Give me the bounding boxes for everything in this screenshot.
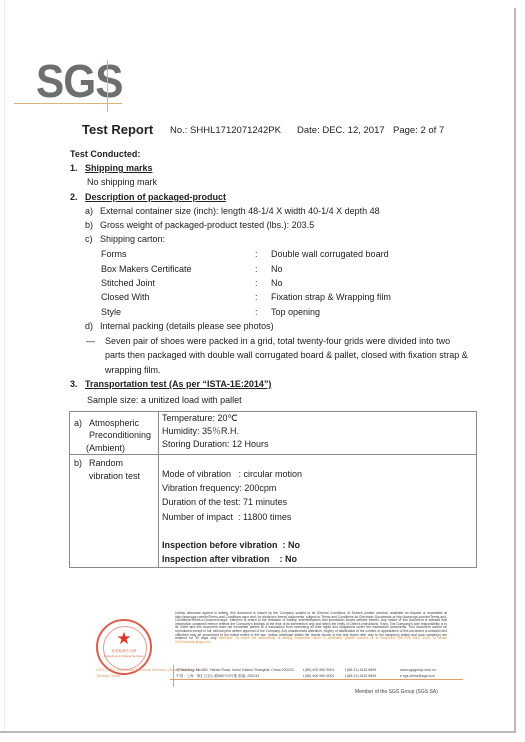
page-number: Page: 2 of 7: [393, 125, 444, 136]
packing-note-line-1: Seven pair of shoes were packed in a gri…: [105, 336, 450, 346]
inspection-before-text: Inspection before vibration : No: [162, 540, 300, 550]
table-row-divider: [70, 454, 476, 455]
fax-2: f (86-21) 6115 6899: [345, 674, 376, 678]
row-a-name-line-1: Atmospheric: [89, 418, 139, 428]
item-d-label: d): [85, 321, 93, 331]
row-b-label: b): [74, 458, 82, 468]
report-number: No.: SHHL1712071242PK: [170, 125, 281, 136]
test-conducted-heading: Test Conducted:: [70, 149, 140, 159]
page-edge-bottom: [0, 731, 516, 733]
telephone-2: t (86) 400 960 9001: [303, 674, 334, 678]
carton-key-style: Style: [101, 307, 121, 317]
gross-weight-text: Gross weight of packaged-product tested …: [100, 220, 314, 230]
section-3-title: Transportation test (As per “ISTA-1E:201…: [85, 379, 271, 389]
packing-note-line-2: parts then packaged with double wall cor…: [105, 350, 468, 360]
star-icon: ★: [98, 630, 150, 647]
item-a-label: a): [85, 206, 93, 216]
sample-size-text: Sample size: a unitized load with pallet: [87, 395, 242, 405]
fax-1: f (86-21) 6115 6899: [345, 668, 376, 672]
email-link[interactable]: e sgs.china@sgs.com: [400, 674, 435, 678]
telephone-1: t (86) 400 960 9001: [303, 668, 334, 672]
section-1-number: 1.: [70, 163, 78, 173]
sgs-logo: SGS: [36, 58, 123, 104]
section-1-title: Shipping marks: [85, 163, 153, 173]
website-link[interactable]: www.sgsgroup.com.cn: [400, 668, 436, 672]
sgs-member-text: Member of the SGS Group (SGS SA): [355, 689, 438, 695]
shipping-carton-text: Shipping carton:: [100, 234, 165, 244]
page-edge-left: [4, 0, 5, 732]
row-a-name-line-2: Preconditioning: [89, 430, 151, 440]
page-edge-right: [514, 8, 516, 732]
stamp-caption-center: Testing Center: [96, 674, 120, 678]
section-2-title: Description of packaged-product: [85, 192, 226, 202]
carton-value-forms: Double wall corrugated board: [271, 249, 389, 259]
vibration-mode-text: Mode of vibration : circular motion: [162, 469, 302, 479]
test-duration-text: Duration of the test: 71 minutes: [162, 497, 287, 507]
note-dash: —: [86, 336, 95, 346]
inspection-after-text: Inspection after vibration : No: [162, 554, 297, 564]
carton-key-box-makers: Box Makers Certificate: [101, 264, 192, 274]
humidity-text: Humidity: 35％R.H.: [162, 424, 239, 437]
carton-key-stitched-joint: Stitched Joint: [101, 278, 155, 288]
footer-rule: [170, 679, 463, 680]
item-c-label: c): [85, 234, 93, 244]
section-2-number: 2.: [70, 192, 78, 202]
section-3-number: 3.: [70, 379, 78, 389]
shipping-mark-text: No shipping mark: [87, 177, 157, 187]
report-title: Test Report: [82, 122, 153, 137]
internal-packing-text: Internal packing (details please see pho…: [100, 321, 274, 331]
carton-value-box-makers: No: [271, 264, 283, 274]
carton-colon: :: [255, 307, 258, 317]
footer-rule-vertical: [173, 665, 174, 687]
temperature-text: Temperature: 20℃: [162, 413, 238, 424]
row-b-name-line-2: vibration test: [89, 471, 140, 481]
logo-rule-vertical: [107, 60, 108, 112]
storing-duration-text: Storing Duration: 12 Hours: [162, 439, 269, 449]
report-date: Date: DEC. 12, 2017: [297, 125, 385, 136]
carton-key-forms: Forms: [101, 249, 127, 259]
row-a-name-line-3: (Ambient): [86, 443, 125, 453]
carton-colon: :: [255, 249, 258, 259]
inspection-stamp: ★ 检验检测专用章 Inspection & Testing Services: [96, 619, 152, 675]
carton-colon: :: [255, 264, 258, 274]
logo-rule-horizontal: [14, 103, 122, 104]
impact-count-text: Number of impact : 11800 times: [162, 512, 291, 522]
table-column-divider: [158, 412, 159, 567]
carton-value-style: Top opening: [271, 307, 320, 317]
carton-key-closed-with: Closed With: [101, 292, 150, 302]
carton-value-stitched-joint: No: [271, 278, 283, 288]
carton-colon: :: [255, 292, 258, 302]
address-english: 4ᵗʰ Building, No.889, Yishan Road, Xuhui…: [176, 668, 294, 672]
legal-disclaimer: Unless otherwise agreed in writing, this…: [175, 612, 447, 644]
packing-note-line-3: wrapping film.: [105, 365, 161, 375]
container-size-text: External container size (inch): length 4…: [100, 206, 380, 216]
carton-value-closed-with: Fixation strap & Wrapping film: [271, 292, 391, 302]
vibration-frequency-text: Vibration frequency: 200cpm: [162, 483, 276, 493]
row-a-label: a): [74, 418, 82, 428]
carton-colon: :: [255, 278, 258, 288]
row-b-name-line-1: Random: [89, 458, 123, 468]
stamp-english-text: Inspection & Testing Services: [98, 654, 150, 658]
item-b-label: b): [85, 220, 93, 230]
